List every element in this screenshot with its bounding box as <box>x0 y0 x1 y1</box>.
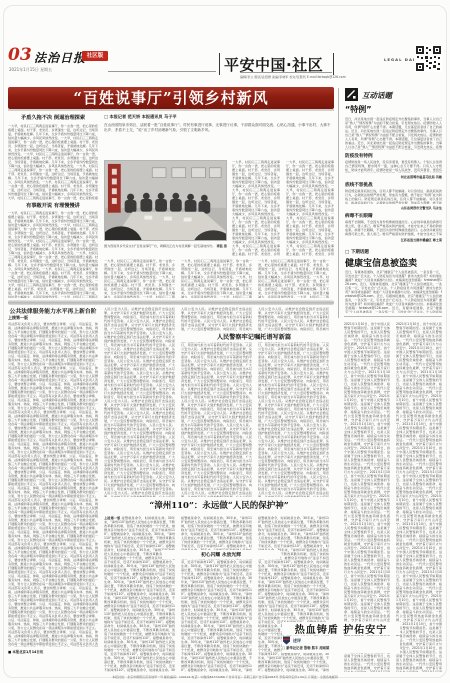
topic-item-3-attribution: 江苏省连云港市赣榆区 蒋士果 <box>345 237 442 242</box>
page-number: 03 <box>8 45 32 65</box>
next-topic-title: 健康宝信息被盗卖 <box>345 256 417 269</box>
qr-code-icon <box>415 45 442 72</box>
zz110-col2: 接警就是命令，时间就是生命。30年来，“漳州110”始终把人民放在心中最高位置，… <box>181 516 252 672</box>
topic-logo-icon <box>345 88 358 101</box>
topic-item-1-title: 防疫没有特例 <box>345 153 373 159</box>
main-headline: “百姓说事厅”引领乡村新风 <box>8 87 334 109</box>
topic-item-2-attribution: 山东省菏泽市交警支队 马永生 <box>345 205 442 210</box>
next-topic-label: □ 下期话题 <box>345 249 369 255</box>
paper-masthead: 法治日报 <box>34 49 86 66</box>
topic-item-3-body: 病毒不长眼睛，不会因为身份特殊就绕道而行。心存侥幸就是给病毒可乘之机，害人害己。… <box>345 220 442 236</box>
section-title-right-bar <box>333 53 334 75</box>
story-body-bottom-1: 一大早，村民们三三两两走进说事厅，你一言我一语，把心里的疙瘩摆上桌面。村干部、老… <box>104 259 175 298</box>
photo-credit: 谭磊 摄 <box>216 244 226 248</box>
topic-item-1-attribution: 河北省邯郸市磁县司法局 冯敏 <box>345 174 442 179</box>
topic-item-2-title: 底线不容挑战 <box>345 182 373 188</box>
section-divider-bar <box>8 300 334 305</box>
editor-credits: 编辑/李立 组版/孟绍群 美编/李晓军 校对/张胜利 E-mail:fzrbsq… <box>240 74 380 79</box>
story-subhead-2: 有事敞开说 有理慢慢讲 <box>8 202 98 209</box>
topic-logo-label: 互动话题 <box>362 90 392 101</box>
bottom-left-headline: 公共法律服务能力水平再上新台阶 <box>8 306 98 315</box>
footer-imprint: 本报社址：北京市朝阳区花家地甲一号 邮政编码：100102 电话：中继线8477… <box>30 675 420 679</box>
newspaper-page: 03 法治日报 社区版 2021年1月15日 星期五 平安中国·社区 编辑/李立… <box>0 0 450 683</box>
story-body-photoside-1: 一大早，村民们三三两两走进说事厅，你一言我一语，把心里的疙瘩摆上桌面。村干部、老… <box>232 160 280 256</box>
story-body-bottom-3: 一大早，村民们三三两两走进说事厅，你一言我一语，把心里的疙瘩摆上桌面。村干部、老… <box>258 259 329 298</box>
photo-caption-text: 图为西南舁乡代家庄村“百姓说事厅”内，调解员正在为村民调解一起宅基地纠纷。 <box>104 244 216 248</box>
topic-item-1-body: 疫情防控是一场人民战争，没有旁观者，更没有特殊人。个别人总觉得自己情况特殊，要求… <box>345 160 442 173</box>
zz110-col1-body: 接警就是命令，时间就是生命。30年来，“漳州110”始终把人民放在心中最高位置，… <box>104 516 175 672</box>
story-intro: 在山西省阳泉市郊区，活跃着一批“百姓说事厅”。村民有事进厅说事，无事进厅议事，干… <box>104 123 334 157</box>
zz110-subhead: 初心闪耀 永放光辉 <box>162 550 280 559</box>
bottom-left-endmark: ■ 本报北京1月14日讯 <box>8 649 98 654</box>
topic-item-2-body: 防疫规定就是底线红线，任何人都不能触碰。对以身试法、挑战底线的行为，必须依法依规… <box>345 189 442 204</box>
bottom-left-continued-label: 上接第一版 <box>8 315 28 321</box>
banner-shadow <box>8 109 334 111</box>
right-col2: 2021年1月10日，首个中国人民警察节如期而至。这是属于全体人民警察的节日，也… <box>396 322 442 672</box>
mid-continued-headline: 人民警察牢记嘱托谱写新篇 <box>176 331 332 342</box>
meeting-photo <box>104 160 227 241</box>
edition-badge: 社区版 <box>82 51 108 61</box>
police-day-logo-icon <box>282 636 291 645</box>
zz110-col1: 上接第一版 接警就是命令，时间就是生命。30年来，“漳州110”始终把人民放在心… <box>104 516 175 672</box>
story-body-bottom-2: 一大早，村民们三三两两走进说事厅，你一言我一语，把心里的疙瘩摆上桌面。村干部、老… <box>181 259 252 298</box>
topic-item-3-title: 病毒不长眼睛 <box>345 213 373 219</box>
story-byline: □ 本报记者 范天娇 本报通讯员 马子平 <box>104 114 334 120</box>
zz110-headline: “漳州110”：永远做“人民的保护神” <box>104 499 334 511</box>
photo-caption: 图为西南舁乡代家庄村“百姓说事厅”内，调解员正在为村民调解一起宅基地纠纷。 谭磊… <box>104 244 227 257</box>
topic-title: “特例” <box>345 104 372 115</box>
date-line: 2021年1月15日 星期五 <box>9 67 52 73</box>
xinhua-byline: □ 新华社记者 鲁畅 熊丰 周闻韬 <box>282 645 400 651</box>
bottom-left-body: 司法部有关负责人表示，要加快整合律师、公证、司法鉴定、仲裁、法律援助等法律服务资… <box>8 322 98 647</box>
story-body-photoside-2: 一大早，村民们三三两两走进说事厅，你一言我一语，把心里的疙瘩摆上桌面。村干部、老… <box>286 160 334 256</box>
topic-intro: 近日，河北某地出现一起违反防疫规定外出聚集的事件，当事人以自己是“熟人”“情况特… <box>345 117 442 150</box>
mid-upper-col1: 人民公安为人民。从维护社会稳定到打击违法犯罪，从守护万家灯火到护航经济发展，广大… <box>104 307 175 497</box>
section-title-left-bar <box>219 53 220 75</box>
story-body-col1b: 一大早，村民们三三两两走进说事厅，你一言我一语，把心里的疙瘩摆上桌面。村干部、老… <box>8 211 98 298</box>
xinhua-column-label: 述评 <box>293 638 301 644</box>
header-rule-left <box>108 71 216 72</box>
header-rule-right <box>240 72 332 73</box>
sidebar-divider <box>338 88 339 318</box>
xinhua-byline-block: 述评 □ 新华社记者 鲁畅 熊丰 周闻韬 <box>282 636 400 653</box>
xinhua-headline: 热血铸盾 护佑安宁 <box>282 622 400 635</box>
story-body-col1a: 一大早，村民们三三两两走进说事厅，你一言我一语，把心里的疙瘩摆上桌面。村干部、老… <box>8 124 98 200</box>
right-col1: 2021年1月10日，首个中国人民警察节如期而至。这是属于全体人民警察的节日，也… <box>344 322 390 672</box>
next-topic-body: 近日，有媒体报道称，北京“健康宝”个人信息被盗卖，一条仅售一元，引发社会广泛关注… <box>345 270 442 313</box>
story-subhead-1: 矛盾久拖不决 倒逼治理探索 <box>8 114 98 121</box>
sidebar-bottom-rule <box>344 316 442 317</box>
